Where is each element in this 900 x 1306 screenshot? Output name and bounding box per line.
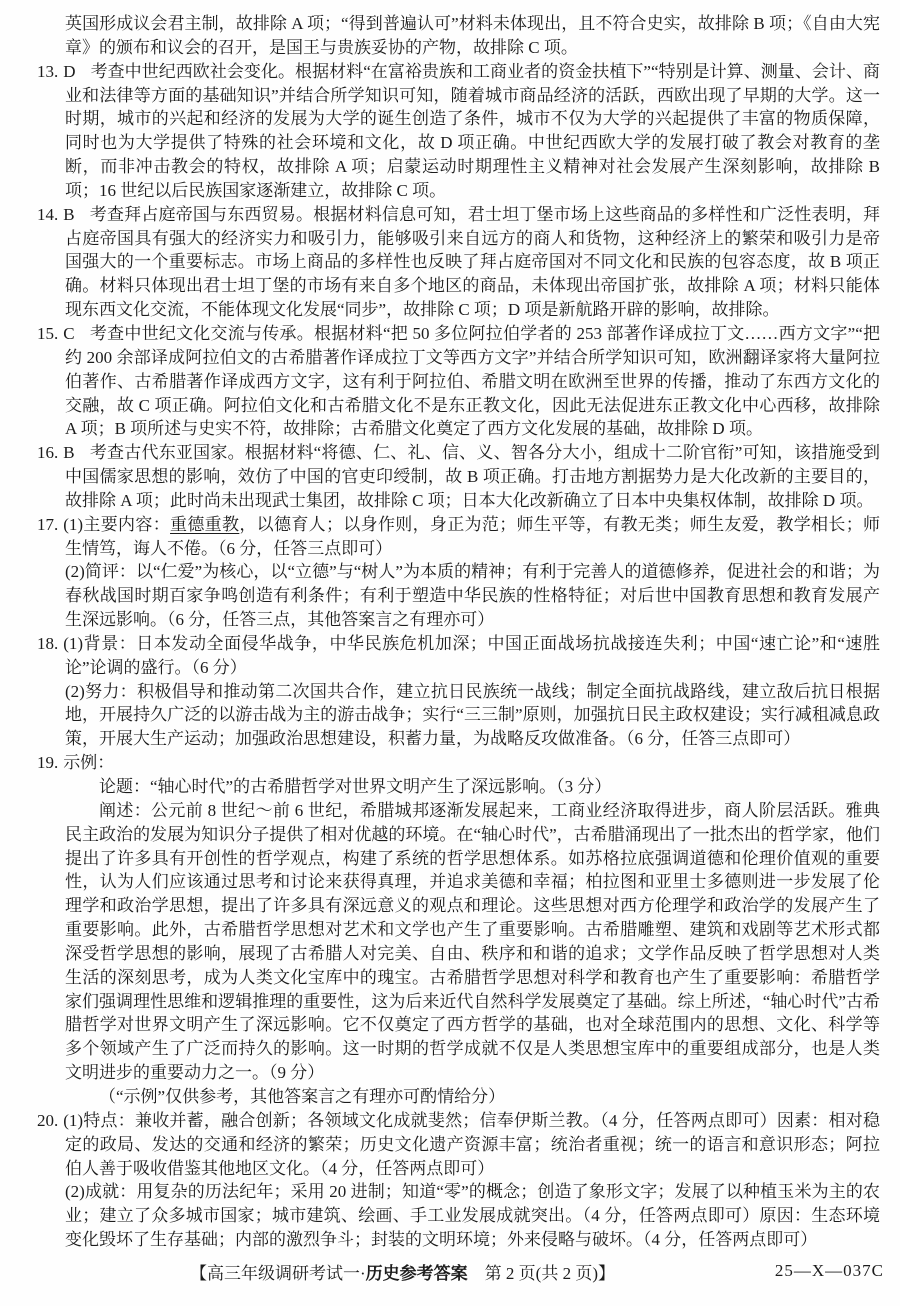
item-14-answer-letter: B	[63, 205, 89, 224]
item-17-part2-text: (2)简评：以“仁爱”为核心，以“立德”与“树人”为本质的精神；有利于完善人的道…	[65, 562, 880, 629]
answer-item-14: 14.B考查拜占庭帝国与东西贸易。根据材料信息可知，君士坦丁堡市场上这些商品的多…	[37, 203, 880, 322]
item-13-explanation: 考查中世纪西欧社会变化。根据材料“在富裕贵族和工商业者的资金扶植下”“特别是计算…	[65, 62, 880, 200]
item-19-heading-text: 示例：	[63, 753, 114, 772]
answer-key-content: 英国形成议会君主制，故排除 A 项；“得到普遍认可”材料未体现出，且不符合史实，…	[0, 0, 900, 1252]
footer-title-prefix: 【高三年级调研考试一·	[190, 1264, 366, 1283]
item-19-topic-text: 论题：“轴心时代”的古希腊哲学对世界文明产生了深远影响。（3 分）	[99, 777, 611, 796]
item-13-number: 13.	[37, 62, 63, 81]
item-20-number: 20.	[37, 1111, 63, 1130]
answer-item-18-part1: 18.(1)背景：日本发动全面侵华战争，中华民族危机加深；中国正面战场抗战接连失…	[37, 632, 880, 680]
item-15-answer-letter: C	[63, 324, 89, 343]
page-footer: 【高三年级调研考试一·历史参考答案 第 2 页(共 2 页)】 25—X—037…	[0, 1256, 900, 1286]
item-13-answer-letter: D	[63, 62, 90, 81]
footer-paper-code: 25—X—037C	[775, 1261, 884, 1281]
answer-item-19-note: （“示例”仅供参考，其他答案言之有理亦可酌情给分）	[37, 1085, 880, 1109]
footer-subject-label: 历史参考答案	[366, 1264, 468, 1283]
item-17-number: 17.	[37, 515, 63, 534]
answer-item-19-heading: 19.示例：	[37, 751, 880, 775]
footer-page-number: 第 2 页(共 2 页)】	[468, 1264, 615, 1283]
item-18-number: 18.	[37, 634, 63, 653]
item-16-answer-letter: B	[63, 443, 89, 462]
item-16-explanation: 考查古代东亚国家。根据材料“将德、仁、礼、信、义、智各分大小，组成十二阶官衔”可…	[65, 443, 880, 510]
answer-item-17-part2: (2)简评：以“仁爱”为核心，以“立德”与“树人”为本质的精神；有利于完善人的道…	[37, 560, 880, 632]
item-17-underlined-term: 重德重教	[170, 515, 239, 534]
item-19-note-text: （“示例”仅供参考，其他答案言之有理亦可酌情给分）	[99, 1087, 505, 1106]
item-15-explanation: 考查中世纪文化交流与传承。根据材料“把 50 多位阿拉伯学者的 253 部著作译…	[65, 324, 880, 438]
item-18-part2-text: (2)努力：积极倡导和推动第二次国共合作，建立抗日民族统一战线；制定全面抗战路线…	[65, 682, 880, 749]
answer-item-19-topic: 论题：“轴心时代”的古希腊哲学对世界文明产生了深远影响。（3 分）	[37, 775, 880, 799]
item-12-continuation-text: 英国形成议会君主制，故排除 A 项；“得到普遍认可”材料未体现出，且不符合史实，…	[65, 14, 880, 57]
footer-exam-title: 【高三年级调研考试一·历史参考答案 第 2 页(共 2 页)】	[190, 1259, 615, 1284]
item-14-number: 14.	[37, 205, 63, 224]
answer-item-20-part2: (2)成就：用复杂的历法纪年；采用 20 进制；知道“零”的概念；创造了象形文字…	[37, 1180, 880, 1252]
item-20-part1-text: (1)特点：兼收并蓄，融合创新；各领域文化成就斐然；信奉伊斯兰教。（4 分，任答…	[63, 1111, 880, 1178]
item-17-part1-prefix: (1)主要内容：	[63, 515, 170, 534]
answer-item-13: 13.D考查中世纪西欧社会变化。根据材料“在富裕贵族和工商业者的资金扶植下”“特…	[37, 60, 880, 203]
answer-item-19-elaboration: 阐述：公元前 8 世纪～前 6 世纪，希腊城邦逐渐发展起来，工商业经济取得进步，…	[37, 799, 880, 1085]
item-14-explanation: 考查拜占庭帝国与东西贸易。根据材料信息可知，君士坦丁堡市场上这些商品的多样性和广…	[65, 205, 880, 319]
answer-item-20-part1: 20.(1)特点：兼收并蓄，融合创新；各领域文化成就斐然；信奉伊斯兰教。（4 分…	[37, 1109, 880, 1181]
answer-item-15: 15.C考查中世纪文化交流与传承。根据材料“把 50 多位阿拉伯学者的 253 …	[37, 322, 880, 441]
item-20-part2-text: (2)成就：用复杂的历法纪年；采用 20 进制；知道“零”的概念；创造了象形文字…	[65, 1182, 880, 1249]
answer-key-page: 英国形成议会君主制，故排除 A 项；“得到普遍认可”材料未体现出，且不符合史实，…	[0, 0, 900, 1306]
item-19-number: 19.	[37, 753, 63, 772]
item-18-part1-text: (1)背景：日本发动全面侵华战争，中华民族危机加深；中国正面战场抗战接连失利；中…	[63, 634, 880, 677]
item-16-number: 16.	[37, 443, 63, 462]
answer-item-12-continuation: 英国形成议会君主制，故排除 A 项；“得到普遍认可”材料未体现出，且不符合史实，…	[37, 12, 880, 60]
answer-item-18-part2: (2)努力：积极倡导和推动第二次国共合作，建立抗日民族统一战线；制定全面抗战路线…	[37, 680, 880, 752]
answer-item-17-part1: 17.(1)主要内容：重德重教，以德育人；以身作则，身正为范；师生平等，有教无类…	[37, 513, 880, 561]
item-15-number: 15.	[37, 324, 63, 343]
item-19-elaboration-text: 阐述：公元前 8 世纪～前 6 世纪，希腊城邦逐渐发展起来，工商业经济取得进步，…	[65, 801, 880, 1082]
answer-item-16: 16.B考查古代东亚国家。根据材料“将德、仁、礼、信、义、智各分大小，组成十二阶…	[37, 441, 880, 513]
